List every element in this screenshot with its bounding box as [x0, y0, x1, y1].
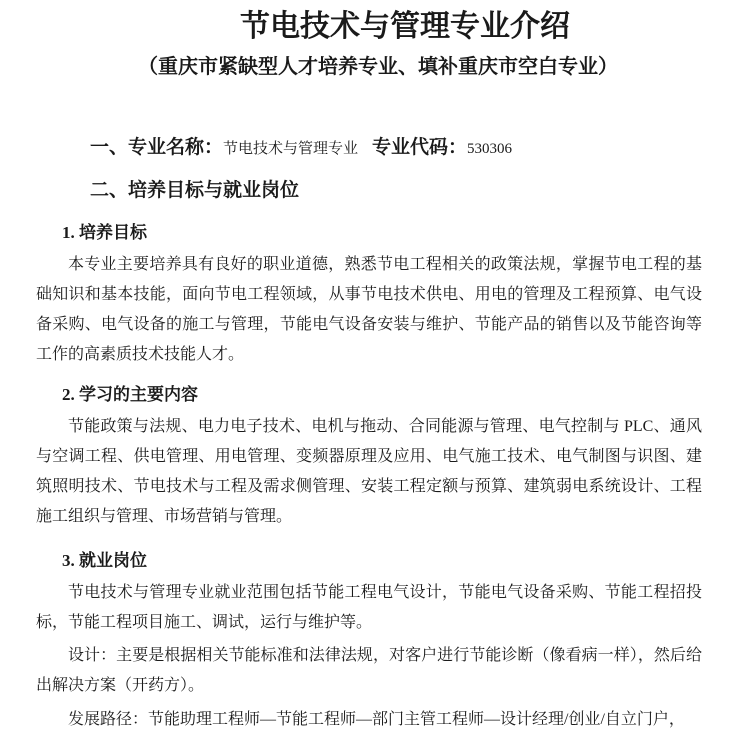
document-subtitle: （重庆市紧缺型人才培养专业、填补重庆市空白专业）: [36, 52, 702, 82]
paragraph-career-path: 发展路径：节能助理工程师—节能工程师—部门主管工程师—设计经理/创业/自立门户，: [36, 705, 702, 735]
major-name-label: 一、专业名称：: [90, 137, 223, 158]
major-code-value: 530306: [467, 141, 512, 157]
subsection-heading-training-goal: 1. 培养目标: [62, 220, 702, 246]
document-title: 节电技术与管理专业介绍: [36, 8, 702, 46]
paragraph-study-content: 节能政策与法规、电力电子技术、电机与拖动、合同能源与管理、电气控制与 PLC、通…: [36, 412, 702, 532]
subsection-heading-study-content: 2. 学习的主要内容: [62, 382, 702, 408]
paragraph-employment-scope: 节电技术与管理专业就业范围包括节能工程电气设计，节能电气设备采购、节能工程招投标…: [36, 578, 702, 638]
major-name-value: 节电技术与管理专业: [223, 141, 358, 157]
major-name-line: 一、专业名称：节电技术与管理专业专业代码：530306: [90, 134, 702, 163]
document-page: 节电技术与管理专业介绍 （重庆市紧缺型人才培养专业、填补重庆市空白专业） 一、专…: [0, 0, 739, 737]
paragraph-design-role: 设计：主要是根据相关节能标准和法律法规，对客户进行节能诊断（像看病一样），然后给…: [36, 641, 702, 701]
paragraph-training-goal: 本专业主要培养具有良好的职业道德，熟悉节电工程相关的政策法规，掌握节电工程的基础…: [36, 250, 702, 370]
subsection-heading-employment-positions: 3. 就业岗位: [62, 548, 702, 574]
section-heading-goals-and-jobs: 二、培养目标与就业岗位: [90, 177, 702, 204]
major-code-label: 专业代码：: [372, 137, 467, 158]
